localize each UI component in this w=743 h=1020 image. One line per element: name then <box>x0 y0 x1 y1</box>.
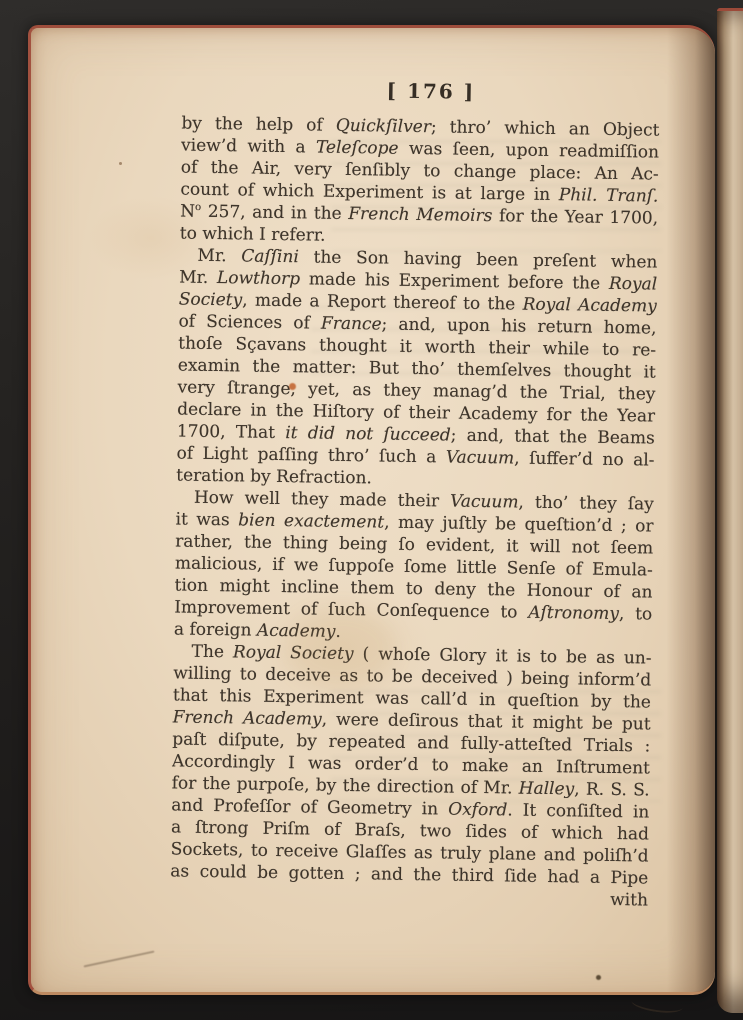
paper-speck <box>596 975 601 980</box>
text-block: [ 176 ] by the help of Quickſilver; thro… <box>170 75 660 912</box>
facing-page-edge <box>717 8 743 1013</box>
paper-fiber <box>84 951 155 968</box>
gutter-shadow <box>667 28 715 992</box>
paragraph-lines: by the help of Quickſilver; thro’ which … <box>170 112 659 889</box>
paper-scratch <box>630 992 684 1015</box>
book-page: [ 176 ] by the help of Quickſilver; thro… <box>28 25 715 995</box>
paper-speck <box>119 162 122 165</box>
scan-background: [ 176 ] by the help of Quickſilver; thro… <box>0 0 743 1020</box>
